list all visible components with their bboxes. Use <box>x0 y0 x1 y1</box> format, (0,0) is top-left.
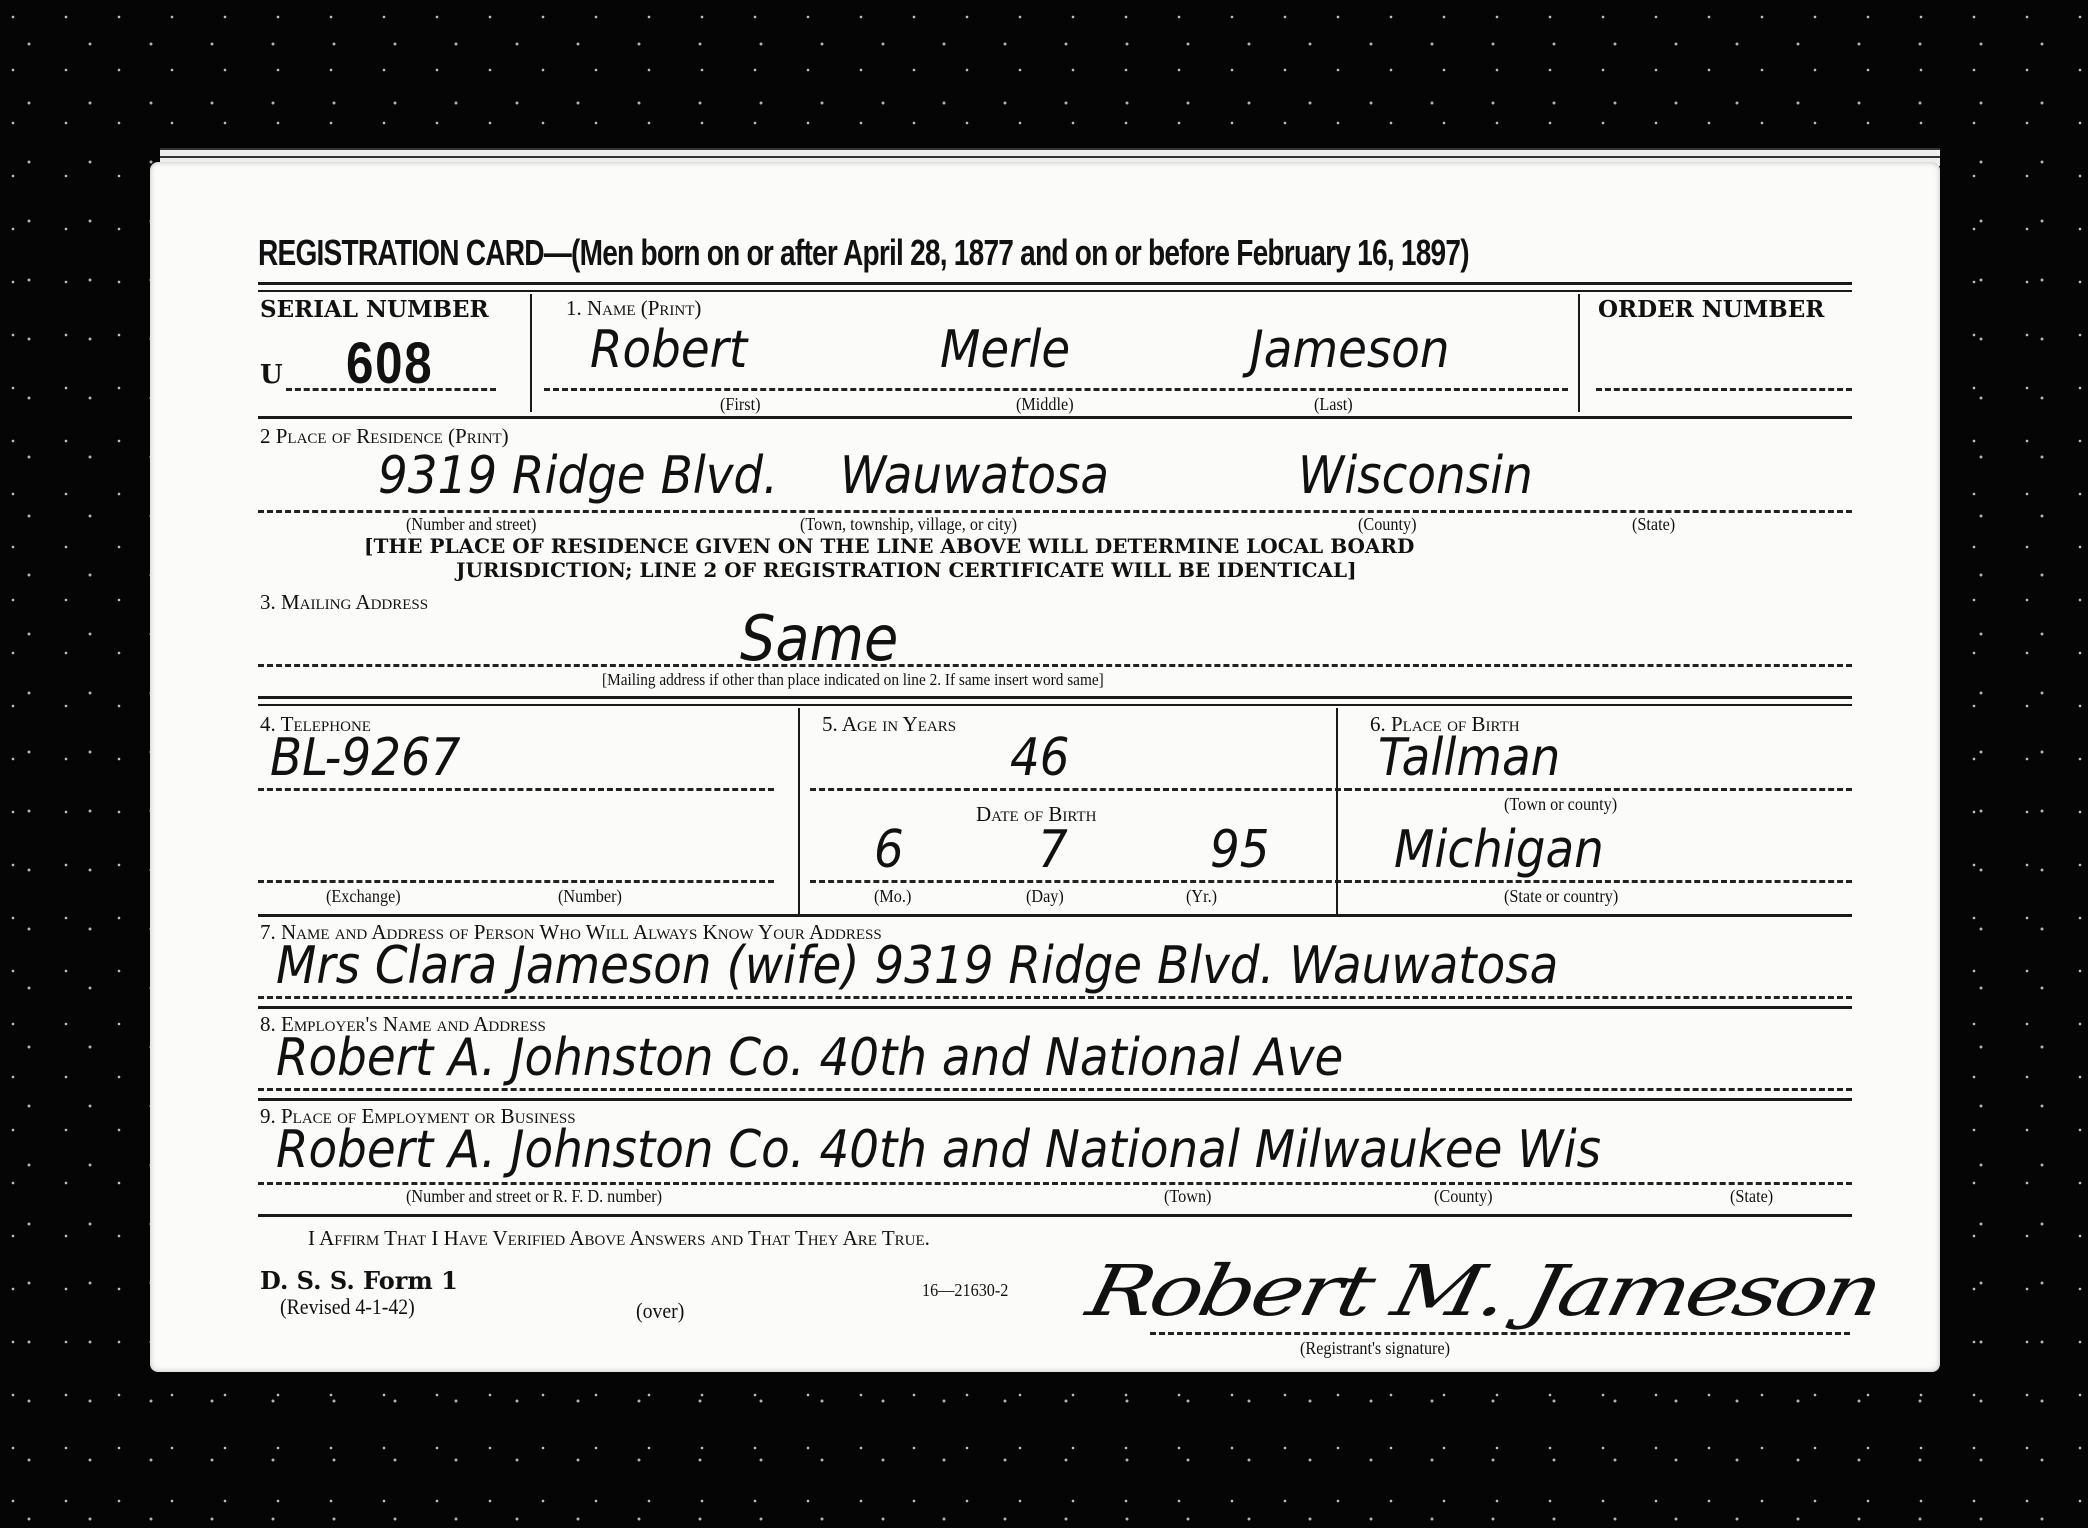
section-rule <box>258 416 1852 419</box>
divider <box>798 708 800 914</box>
employment-place-line <box>258 1182 1852 1185</box>
age-line <box>810 788 1350 791</box>
number-caption: (Number) <box>558 886 622 907</box>
serial-number-value: 608 <box>346 330 433 397</box>
street-caption: (Number and street) <box>406 514 536 535</box>
telephone-line <box>258 788 774 791</box>
serial-prefix: U <box>260 360 283 390</box>
county-caption: (County) <box>1358 514 1417 535</box>
name-label: 1. Name (Print) <box>566 296 701 321</box>
residence-line <box>258 510 1852 513</box>
day-caption: (Day) <box>1026 886 1064 907</box>
section-rule <box>258 1214 1852 1217</box>
registration-card: REGISTRATION CARD—(Men born on or after … <box>150 162 1940 1372</box>
name-line <box>544 388 1568 391</box>
affirmation-text: I Affirm That I Have Verified Above Answ… <box>308 1226 930 1251</box>
residence-street: 9319 Ridge Blvd. <box>378 446 778 506</box>
divider <box>1336 708 1338 914</box>
birthplace-state: Michigan <box>1394 820 1604 880</box>
section-rule <box>258 696 1852 699</box>
mailing-caption: [Mailing address if other than place ind… <box>602 670 1104 690</box>
section-rule <box>258 704 1852 706</box>
signature-line <box>1150 1332 1850 1335</box>
title-rule <box>258 282 1852 285</box>
residence-state: Wisconsin <box>1298 446 1533 506</box>
dob-month: 6 <box>874 820 904 880</box>
contact-value: Mrs Clara Jameson (wife) 9319 Ridge Blvd… <box>276 936 1558 996</box>
form-code: 16—21630-2 <box>922 1280 1008 1301</box>
serial-line <box>286 388 496 391</box>
dob-day: 7 <box>1038 820 1068 880</box>
telephone-line <box>258 880 774 883</box>
first-caption: (First) <box>720 394 761 415</box>
employment-street-caption: (Number and street or R. F. D. number) <box>406 1186 662 1207</box>
title-rule <box>258 290 1852 292</box>
age-value: 46 <box>1010 728 1070 788</box>
section-rule <box>258 914 1852 917</box>
employment-place-value: Robert A. Johnston Co. 40th and National… <box>276 1120 1601 1180</box>
year-caption: (Yr.) <box>1186 886 1217 907</box>
residence-notice-line2: JURISDICTION; LINE 2 OF REGISTRATION CER… <box>456 558 1357 582</box>
form-over: (over) <box>636 1298 684 1324</box>
birthplace-town: Tallman <box>1378 728 1560 788</box>
employment-town-caption: (Town) <box>1164 1186 1211 1207</box>
state-caption: (State) <box>1632 514 1675 535</box>
contact-line <box>258 996 1852 999</box>
order-number-line <box>1596 388 1852 391</box>
employer-line <box>258 1088 1852 1091</box>
employer-value: Robert A. Johnston Co. 40th and National… <box>276 1028 1343 1088</box>
dob-label: Date of Birth <box>976 802 1096 827</box>
name-last: Jameson <box>1250 320 1450 380</box>
mailing-label: 3. Mailing Address <box>260 590 428 615</box>
employment-state-caption: (State) <box>1730 1186 1773 1207</box>
mailing-line <box>258 664 1852 667</box>
serial-number-label: SERIAL NUMBER <box>260 296 489 323</box>
dob-line <box>810 880 1350 883</box>
registrant-signature: Robert M. Jameson <box>1080 1250 1887 1332</box>
name-first: Robert <box>590 320 747 380</box>
birthplace-town-line <box>1346 788 1852 791</box>
form-revised: (Revised 4-1-42) <box>280 1294 415 1320</box>
birthplace-state-caption: (State or country) <box>1504 886 1618 907</box>
section-rule <box>258 1006 1852 1009</box>
birthplace-state-line <box>1346 880 1852 883</box>
middle-caption: (Middle) <box>1016 394 1074 415</box>
form-name: D. S. S. Form 1 <box>260 1266 458 1295</box>
month-caption: (Mo.) <box>874 886 911 907</box>
town-caption: (Town, township, village, or city) <box>800 514 1017 535</box>
name-middle: Merle <box>940 320 1070 380</box>
divider <box>530 294 532 412</box>
section-rule <box>258 1098 1852 1101</box>
divider <box>1578 294 1580 412</box>
age-label: 5. Age in Years <box>822 712 956 737</box>
card-title: REGISTRATION CARD—(Men born on or after … <box>258 232 1469 274</box>
birthplace-town-caption: (Town or county) <box>1504 794 1617 815</box>
residence-notice-line1: [THE PLACE OF RESIDENCE GIVEN ON THE LIN… <box>364 534 1414 558</box>
exchange-caption: (Exchange) <box>326 886 401 907</box>
employment-county-caption: (County) <box>1434 1186 1493 1207</box>
residence-town: Wauwatosa <box>840 446 1109 506</box>
order-number-label: ORDER NUMBER <box>1598 296 1824 323</box>
telephone-value: BL-9267 <box>270 728 461 788</box>
last-caption: (Last) <box>1314 394 1353 415</box>
dob-year: 95 <box>1210 820 1270 880</box>
signature-caption: (Registrant's signature) <box>1300 1338 1450 1359</box>
